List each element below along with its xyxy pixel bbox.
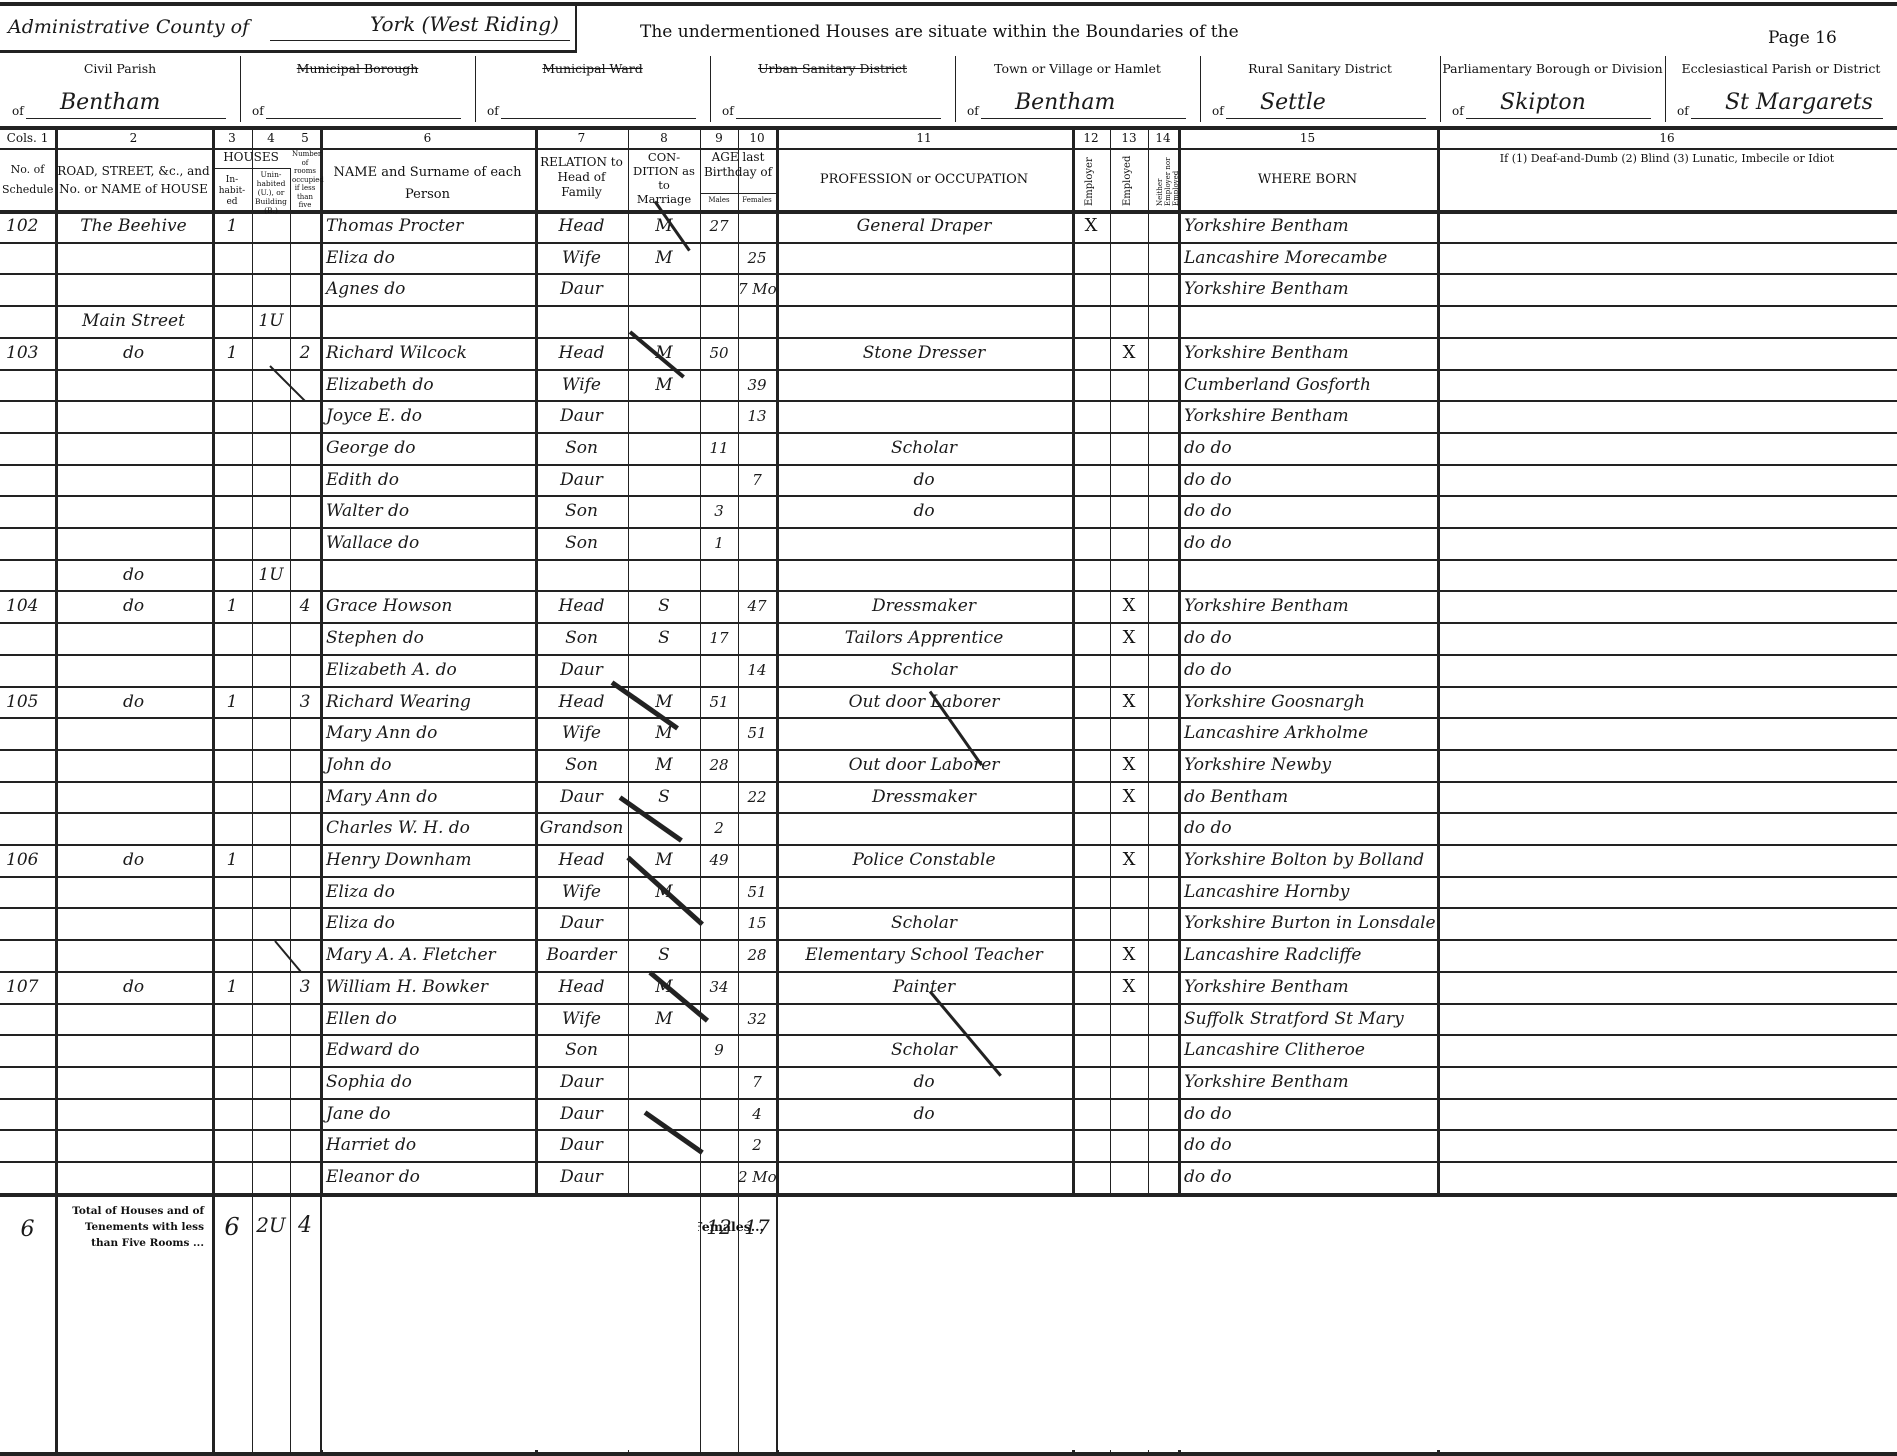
table-row: 107do13William H. BowkerHeadM34PainterXY… bbox=[0, 971, 1897, 1003]
district-value: Settle bbox=[1260, 90, 1326, 115]
header-age: AGE last Birthday of bbox=[702, 150, 774, 180]
birthplace: Suffolk Stratford St Mary bbox=[1184, 1008, 1437, 1030]
birthplace: do do bbox=[1184, 469, 1437, 491]
column-number: 15 bbox=[1178, 131, 1437, 145]
district-label: Civil Parish bbox=[0, 62, 240, 76]
female-age: 14 bbox=[738, 659, 776, 681]
female-age: 47 bbox=[738, 595, 776, 617]
district-value: Bentham bbox=[60, 90, 160, 115]
total-schedules: 6 bbox=[0, 1217, 55, 1242]
table-row: Edith doDaur7dodo do bbox=[0, 464, 1897, 496]
employed-mark: X bbox=[1110, 786, 1148, 808]
birthplace: do do bbox=[1184, 1166, 1437, 1188]
district-of-label: of bbox=[1212, 104, 1224, 118]
admin-county-value: York (West Riding) bbox=[370, 12, 559, 36]
female-age: 22 bbox=[738, 786, 776, 808]
employer-mark: X bbox=[1072, 215, 1110, 237]
male-age: 3 bbox=[700, 500, 738, 522]
total-males: 12 bbox=[700, 1215, 738, 1239]
occupation: General Draper bbox=[776, 215, 1072, 237]
person-name: Eliza do bbox=[326, 912, 535, 934]
person-name: Mary Ann do bbox=[326, 786, 535, 808]
marital-condition: S bbox=[628, 595, 700, 617]
employed-mark: X bbox=[1110, 754, 1148, 776]
female-age: 2 bbox=[738, 1134, 776, 1156]
road-name: do bbox=[55, 595, 212, 617]
person-name: Eleanor do bbox=[326, 1166, 535, 1188]
birthplace: Lancashire Radcliffe bbox=[1184, 944, 1437, 966]
inhabited-count: 1 bbox=[212, 595, 252, 617]
person-name: Walter do bbox=[326, 500, 535, 522]
occupation: do bbox=[776, 469, 1072, 491]
district-rule bbox=[1226, 118, 1426, 119]
occupation: Dressmaker bbox=[776, 595, 1072, 617]
relation: Son bbox=[535, 627, 628, 649]
district-of-label: of bbox=[722, 104, 734, 118]
occupation: Scholar bbox=[776, 1039, 1072, 1061]
relation: Wife bbox=[535, 247, 628, 269]
occupation: Scholar bbox=[776, 437, 1072, 459]
age-subheader-rule bbox=[700, 193, 776, 194]
occupation: Out door Laborer bbox=[776, 754, 1072, 776]
female-age: 39 bbox=[738, 374, 776, 396]
female-age: 25 bbox=[738, 247, 776, 269]
birthplace: Lancashire Clitheroe bbox=[1184, 1039, 1437, 1061]
person-name: John do bbox=[326, 754, 535, 776]
admin-county-rule bbox=[270, 40, 570, 41]
birthplace: Yorkshire Bentham bbox=[1184, 278, 1437, 300]
district-label: Ecclesiastical Parish or District bbox=[1665, 62, 1897, 76]
male-age: 27 bbox=[700, 215, 738, 237]
employed-mark: X bbox=[1110, 976, 1148, 998]
relation: Son bbox=[535, 500, 628, 522]
person-name: Grace Howson bbox=[326, 595, 535, 617]
column-number: 8 bbox=[628, 131, 700, 145]
district-value: St Margarets bbox=[1725, 90, 1873, 115]
road-name: do bbox=[55, 564, 212, 586]
houses-subheader-rule bbox=[212, 168, 290, 169]
male-age: 28 bbox=[700, 754, 738, 776]
person-name: Henry Downham bbox=[326, 849, 535, 871]
header-road: ROAD, STREET, &c., and No. or NAME of HO… bbox=[57, 162, 210, 198]
occupation: Police Constable bbox=[776, 849, 1072, 871]
road-name: do bbox=[55, 691, 212, 713]
header-females: Females bbox=[740, 196, 774, 205]
table-row: Wallace doSon1do do bbox=[0, 527, 1897, 559]
relation: Son bbox=[535, 532, 628, 554]
relation: Daur bbox=[535, 1134, 628, 1156]
district-of-label: of bbox=[967, 104, 979, 118]
table-row: Harriet doDaur2do do bbox=[0, 1129, 1897, 1161]
rooms-count: 2 bbox=[290, 342, 320, 364]
district-label: Rural Sanitary District bbox=[1200, 62, 1440, 76]
female-age: 15 bbox=[738, 912, 776, 934]
marital-condition: M bbox=[628, 374, 700, 396]
inhabited-count: 1 bbox=[212, 215, 252, 237]
male-age: 49 bbox=[700, 849, 738, 871]
totals-blank-area bbox=[778, 1197, 1895, 1450]
district-of-label: of bbox=[487, 104, 499, 118]
person-name: Eliza do bbox=[326, 881, 535, 903]
birthplace: Yorkshire Bentham bbox=[1184, 595, 1437, 617]
birthplace: do do bbox=[1184, 532, 1437, 554]
person-name: Mary Ann do bbox=[326, 722, 535, 744]
person-name: Mary A. A. Fletcher bbox=[326, 944, 535, 966]
rooms-count: 3 bbox=[290, 976, 320, 998]
column-number: 2 bbox=[55, 131, 212, 145]
female-age: 7 bbox=[738, 1071, 776, 1093]
person-name: Ellen do bbox=[326, 1008, 535, 1030]
birthplace: Yorkshire Newby bbox=[1184, 754, 1437, 776]
column-number: 11 bbox=[776, 131, 1072, 145]
person-name: Sophia do bbox=[326, 1071, 535, 1093]
inhabited-count: 1 bbox=[212, 342, 252, 364]
male-age: 34 bbox=[700, 976, 738, 998]
person-name: Joyce E. do bbox=[326, 405, 535, 427]
occupation: Scholar bbox=[776, 659, 1072, 681]
header-condition: CON-DITION as to Marriage bbox=[630, 150, 698, 206]
occupation: Stone Dresser bbox=[776, 342, 1072, 364]
table-row: Mary Ann doDaurS22DressmakerXdo Bentham bbox=[0, 781, 1897, 813]
occupation: Out door Laborer bbox=[776, 691, 1072, 713]
rooms-count: 3 bbox=[290, 691, 320, 713]
road-name: Main Street bbox=[55, 310, 212, 332]
header-name: NAME and Surname of each Person bbox=[322, 162, 533, 206]
column-number: 16 bbox=[1437, 131, 1897, 145]
person-name: Harriet do bbox=[326, 1134, 535, 1156]
district-label: Municipal Borough bbox=[240, 62, 475, 76]
person-name: William H. Bowker bbox=[326, 976, 535, 998]
uninhabited-count: 1U bbox=[252, 310, 290, 332]
birthplace: do do bbox=[1184, 659, 1437, 681]
schedule-number: 106 bbox=[6, 849, 55, 871]
column-number: 5 bbox=[290, 131, 320, 145]
column-number: 10 bbox=[738, 131, 776, 145]
table-row: 104do14Grace HowsonHeadS47DressmakerXYor… bbox=[0, 590, 1897, 622]
district-rule bbox=[1691, 118, 1883, 119]
table-row: Charles W. H. doGrandson2do do bbox=[0, 812, 1897, 844]
district-value: Bentham bbox=[1015, 90, 1115, 115]
column-number: 4 bbox=[252, 131, 290, 145]
header-houses: HOUSES bbox=[214, 150, 288, 165]
header-bottom-border bbox=[0, 126, 1897, 130]
column-number: 13 bbox=[1110, 131, 1148, 145]
marital-condition: M bbox=[628, 722, 700, 744]
birthplace: Yorkshire Bentham bbox=[1184, 976, 1437, 998]
district-rule bbox=[1466, 118, 1651, 119]
birthplace: Cumberland Gosforth bbox=[1184, 374, 1437, 396]
table-row: John doSonM28Out door LaborerXYorkshire … bbox=[0, 749, 1897, 781]
occupation: Elementary School Teacher bbox=[776, 944, 1072, 966]
road-name: The Beehive bbox=[55, 215, 212, 237]
male-age: 51 bbox=[700, 691, 738, 713]
table-row: Stephen doSonS17Tailors ApprenticeXdo do bbox=[0, 622, 1897, 654]
column-number: 6 bbox=[320, 131, 535, 145]
schedule-number: 104 bbox=[6, 595, 55, 617]
relation: Daur bbox=[535, 659, 628, 681]
district-rule bbox=[501, 118, 696, 119]
totals-label-mask bbox=[322, 1197, 698, 1450]
relation: Wife bbox=[535, 1008, 628, 1030]
person-name: Jane do bbox=[326, 1103, 535, 1125]
total-inhabited: 6 bbox=[212, 1213, 252, 1241]
male-age: 9 bbox=[700, 1039, 738, 1061]
person-name: Richard Wearing bbox=[326, 691, 535, 713]
person-name: George do bbox=[326, 437, 535, 459]
male-age: 17 bbox=[700, 627, 738, 649]
table-row: 103do12Richard WilcockHeadM50Stone Dress… bbox=[0, 337, 1897, 369]
district-of-label: of bbox=[1452, 104, 1464, 118]
relation: Wife bbox=[535, 881, 628, 903]
female-age: 32 bbox=[738, 1008, 776, 1030]
table-row: Edward doSon9ScholarLancashire Clitheroe bbox=[0, 1034, 1897, 1066]
employed-mark: X bbox=[1110, 849, 1148, 871]
column-number: 12 bbox=[1072, 131, 1110, 145]
relation: Daur bbox=[535, 1071, 628, 1093]
person-name: Thomas Procter bbox=[326, 215, 535, 237]
header-relation: RELATION to Head of Family bbox=[537, 155, 626, 200]
birthplace: do do bbox=[1184, 1103, 1437, 1125]
relation: Head bbox=[535, 976, 628, 998]
bottom-border bbox=[0, 1452, 1897, 1456]
birthplace: Yorkshire Bolton by Bolland bbox=[1184, 849, 1437, 871]
district-label: Municipal Ward bbox=[475, 62, 710, 76]
female-age: 7 Mo bbox=[738, 278, 776, 300]
relation: Daur bbox=[535, 469, 628, 491]
total-uninhabited: 2U bbox=[252, 1213, 290, 1237]
table-row: 106do1Henry DownhamHeadM49Police Constab… bbox=[0, 844, 1897, 876]
road-name: do bbox=[55, 342, 212, 364]
birthplace: Lancashire Hornby bbox=[1184, 881, 1437, 903]
employed-mark: X bbox=[1110, 691, 1148, 713]
header-employer: Employer bbox=[1084, 152, 1095, 206]
person-name: Stephen do bbox=[326, 627, 535, 649]
page-number: Page 16 bbox=[1768, 28, 1837, 48]
total-houses-label: Total of Houses and of Tenements with le… bbox=[62, 1203, 204, 1251]
column-number: 14 bbox=[1148, 131, 1178, 145]
female-age: 2 Mo bbox=[738, 1166, 776, 1188]
table-row: Eliza doWifeM25Lancashire Morecambe bbox=[0, 242, 1897, 274]
boundaries-text: The undermentioned Houses are situate wi… bbox=[640, 22, 1239, 42]
table-row: Eliza doWifeM51Lancashire Hornby bbox=[0, 876, 1897, 908]
total-females: 17 bbox=[738, 1215, 776, 1239]
person-name: Edward do bbox=[326, 1039, 535, 1061]
district-rule bbox=[26, 118, 226, 119]
header-employed: Employed bbox=[1122, 152, 1133, 206]
employed-mark: X bbox=[1110, 342, 1148, 364]
schedule-number: 102 bbox=[6, 215, 55, 237]
relation: Head bbox=[535, 691, 628, 713]
schedule-number: 107 bbox=[6, 976, 55, 998]
employed-mark: X bbox=[1110, 595, 1148, 617]
table-row: Elizabeth doWifeM39Cumberland Gosforth bbox=[0, 369, 1897, 401]
table-row: 105do13Richard WearingHeadM51Out door La… bbox=[0, 686, 1897, 718]
relation: Son bbox=[535, 437, 628, 459]
table-row: Ellen doWifeM32Suffolk Stratford St Mary bbox=[0, 1003, 1897, 1035]
district-of-label: of bbox=[12, 104, 24, 118]
inhabited-count: 1 bbox=[212, 691, 252, 713]
header-uninhabited: Unin-habited (U.), or Building (B.) bbox=[254, 170, 288, 215]
employed-mark: X bbox=[1110, 627, 1148, 649]
relation: Daur bbox=[535, 1103, 628, 1125]
female-age: 4 bbox=[738, 1103, 776, 1125]
male-age: 2 bbox=[700, 817, 738, 839]
column-number: 9 bbox=[700, 131, 738, 145]
header-infirmity: If (1) Deaf-and-Dumb (2) Blind (3) Lunat… bbox=[1439, 152, 1895, 165]
district-rule bbox=[736, 118, 941, 119]
occupation: Tailors Apprentice bbox=[776, 627, 1072, 649]
inhabited-count: 1 bbox=[212, 849, 252, 871]
table-row: Elizabeth A. doDaur14Scholardo do bbox=[0, 654, 1897, 686]
district-label: Parliamentary Borough or Division bbox=[1440, 62, 1665, 76]
district-label: Town or Village or Hamlet bbox=[955, 62, 1200, 76]
district-label: Urban Sanitary District bbox=[710, 62, 955, 76]
relation: Grandson bbox=[535, 817, 628, 839]
relation: Daur bbox=[535, 278, 628, 300]
occupation: Dressmaker bbox=[776, 786, 1072, 808]
occupation: Painter bbox=[776, 976, 1072, 998]
person-name: Edith do bbox=[326, 469, 535, 491]
birthplace: Yorkshire Bentham bbox=[1184, 1071, 1437, 1093]
header-occupation: PROFESSION or OCCUPATION bbox=[778, 172, 1070, 188]
relation: Son bbox=[535, 754, 628, 776]
occupation: do bbox=[776, 1103, 1072, 1125]
female-age: 51 bbox=[738, 722, 776, 744]
table-row: Sophia doDaur7doYorkshire Bentham bbox=[0, 1066, 1897, 1098]
table-row: Walter doSon3dodo do bbox=[0, 495, 1897, 527]
road-name: do bbox=[55, 849, 212, 871]
table-row: 102The Beehive1Thomas ProcterHeadM27Gene… bbox=[0, 210, 1897, 242]
occupation: do bbox=[776, 500, 1072, 522]
table-row: do1U bbox=[0, 559, 1897, 591]
birthplace: do Bentham bbox=[1184, 786, 1437, 808]
column-number: Cols. 1 bbox=[0, 131, 55, 145]
relation: Wife bbox=[535, 374, 628, 396]
road-name: do bbox=[55, 976, 212, 998]
uninhabited-count: 1U bbox=[252, 564, 290, 586]
header-inhabited: In-habit-ed bbox=[214, 175, 250, 208]
birthplace: do do bbox=[1184, 1134, 1437, 1156]
district-of-label: of bbox=[1677, 104, 1689, 118]
admin-county-label: Administrative County of bbox=[8, 16, 249, 38]
birthplace: Yorkshire Goosnargh bbox=[1184, 691, 1437, 713]
male-age: 1 bbox=[700, 532, 738, 554]
birthplace: Yorkshire Bentham bbox=[1184, 405, 1437, 427]
person-name: Eliza do bbox=[326, 247, 535, 269]
header-males: Males bbox=[702, 196, 736, 205]
header-schedule: No. of Schedule bbox=[2, 160, 53, 200]
relation: Head bbox=[535, 595, 628, 617]
birthplace: Yorkshire Bentham bbox=[1184, 342, 1437, 364]
relation: Daur bbox=[535, 786, 628, 808]
female-age: 28 bbox=[738, 944, 776, 966]
header-where-born: WHERE BORN bbox=[1180, 172, 1435, 188]
column-number: 3 bbox=[212, 131, 252, 145]
relation: Head bbox=[535, 849, 628, 871]
district-of-label: of bbox=[252, 104, 264, 118]
inhabited-count: 1 bbox=[212, 976, 252, 998]
birthplace: Lancashire Morecambe bbox=[1184, 247, 1437, 269]
marital-condition: M bbox=[628, 754, 700, 776]
male-age: 11 bbox=[700, 437, 738, 459]
person-name: Agnes do bbox=[326, 278, 535, 300]
rooms-count: 4 bbox=[290, 595, 320, 617]
male-age: 50 bbox=[700, 342, 738, 364]
employed-mark: X bbox=[1110, 944, 1148, 966]
person-name: Richard Wilcock bbox=[326, 342, 535, 364]
female-age: 51 bbox=[738, 881, 776, 903]
birthplace: do do bbox=[1184, 437, 1437, 459]
birthplace: Lancashire Arkholme bbox=[1184, 722, 1437, 744]
relation: Daur bbox=[535, 1166, 628, 1188]
district-rule bbox=[266, 118, 461, 119]
person-name: Charles W. H. do bbox=[326, 817, 535, 839]
schedule-number: 103 bbox=[6, 342, 55, 364]
birthplace: Yorkshire Bentham bbox=[1184, 215, 1437, 237]
marital-condition: M bbox=[628, 1008, 700, 1030]
district-rule bbox=[981, 118, 1186, 119]
birthplace: do do bbox=[1184, 500, 1437, 522]
person-name: Wallace do bbox=[326, 532, 535, 554]
person-name: Elizabeth A. do bbox=[326, 659, 535, 681]
relation: Son bbox=[535, 1039, 628, 1061]
header-neither: Neither Employer nor Employed bbox=[1156, 152, 1180, 206]
birthplace: Yorkshire Burton in Lonsdale bbox=[1184, 912, 1437, 934]
table-row: George doSon11Scholardo do bbox=[0, 432, 1897, 464]
table-row: Jane doDaur4dodo do bbox=[0, 1098, 1897, 1130]
female-age: 13 bbox=[738, 405, 776, 427]
table-row: Eleanor doDaur2 Modo do bbox=[0, 1161, 1897, 1193]
header-rooms: Number of rooms occupied if less than fi… bbox=[292, 150, 318, 210]
district-value: Skipton bbox=[1500, 90, 1586, 115]
table-row: Joyce E. doDaur13Yorkshire Bentham bbox=[0, 400, 1897, 432]
relation: Boarder bbox=[535, 944, 628, 966]
schedule-number: 105 bbox=[6, 691, 55, 713]
relation: Head bbox=[535, 342, 628, 364]
female-age: 7 bbox=[738, 469, 776, 491]
marital-condition: S bbox=[628, 786, 700, 808]
table-row: Main Street1U bbox=[0, 305, 1897, 337]
relation: Daur bbox=[535, 912, 628, 934]
birthplace: do do bbox=[1184, 627, 1437, 649]
marital-condition: S bbox=[628, 627, 700, 649]
table-row: Eliza doDaur15ScholarYorkshire Burton in… bbox=[0, 907, 1897, 939]
relation: Daur bbox=[535, 405, 628, 427]
occupation: Scholar bbox=[776, 912, 1072, 934]
marital-condition: S bbox=[628, 944, 700, 966]
person-name: Elizabeth do bbox=[326, 374, 535, 396]
occupation: do bbox=[776, 1071, 1072, 1093]
total-rooms: 4 bbox=[290, 1213, 320, 1238]
relation: Head bbox=[535, 215, 628, 237]
table-row: Agnes doDaur7 MoYorkshire Bentham bbox=[0, 273, 1897, 305]
relation: Wife bbox=[535, 722, 628, 744]
birthplace: do do bbox=[1184, 817, 1437, 839]
column-number: 7 bbox=[535, 131, 628, 145]
